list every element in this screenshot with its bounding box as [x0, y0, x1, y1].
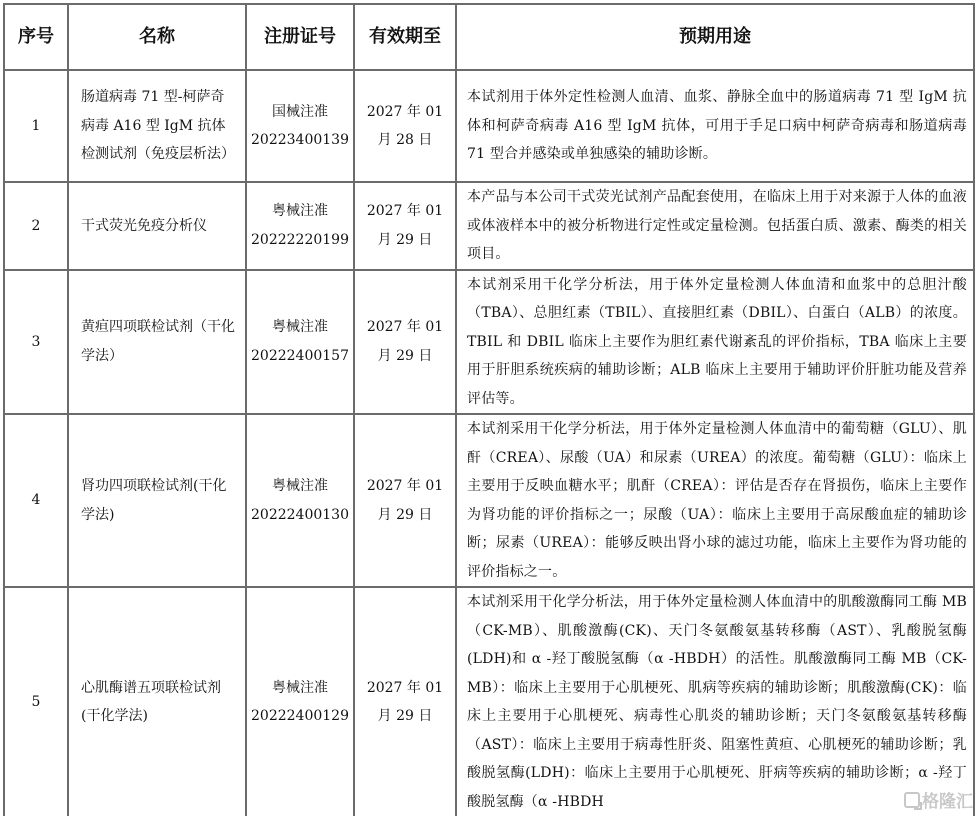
cell-no: 2: [4, 182, 68, 270]
intended-use-text: 本试剂采用干化学分析法，用于体外定量检测人体血清中的葡萄糖（GLU）、肌酐（CR…: [457, 415, 973, 586]
cell-valid-until: 2027 年 01月 29 日: [354, 270, 456, 415]
product-name: 肠道病毒 71 型-柯萨奇病毒 A16 型 IgM 抗体检测试剂（免疫层析法）: [69, 83, 245, 169]
cell-no: 4: [4, 414, 68, 587]
cell-name: 肾功四项联检试剂(干化学法): [68, 414, 246, 587]
watermark-text: 格隆汇: [922, 787, 973, 812]
reg-number: 20223400139: [251, 126, 349, 155]
cell-name: 肠道病毒 71 型-柯萨奇病毒 A16 型 IgM 抗体检测试剂（免疫层析法）: [68, 70, 246, 182]
reg-number: 20222400157: [251, 342, 349, 371]
reg-prefix: 粤械注准: [251, 197, 349, 226]
product-name: 心肌酶谱五项联检试剂(干化学法): [69, 674, 245, 731]
cell-name: 心肌酶谱五项联检试剂(干化学法): [68, 587, 246, 816]
product-name: 黄疸四项联检试剂（干化学法）: [69, 313, 245, 370]
valid-line1: 2027 年 01: [359, 197, 451, 226]
table-row: 2 干式荧光免疫分析仪 粤械注准20222220199 2027 年 01月 2…: [4, 182, 974, 270]
header-valid-until: 有效期至: [354, 4, 456, 70]
valid-line2: 月 29 日: [359, 501, 451, 530]
valid-line1: 2027 年 01: [359, 98, 451, 127]
intended-use-text: 本试剂采用干化学分析法，用于体外定量检测人体血清中的肌酸激酶同工酶 MB（CK-…: [457, 588, 973, 816]
reg-prefix: 粤械注准: [251, 313, 349, 342]
table-row: 4 肾功四项联检试剂(干化学法) 粤械注准20222400130 2027 年 …: [4, 414, 974, 587]
valid-line2: 月 28 日: [359, 126, 451, 155]
product-name: 肾功四项联检试剂(干化学法): [69, 472, 245, 529]
cell-reg-no: 粤械注准20222400130: [246, 414, 354, 587]
cell-reg-no: 粤械注准20222400157: [246, 270, 354, 415]
header-no: 序号: [4, 4, 68, 70]
cell-intended-use: 本试剂采用干化学分析法，用于体外定量检测人体血清中的肌酸激酶同工酶 MB（CK-…: [456, 587, 974, 816]
cell-intended-use: 本试剂采用干化学分析法，用于体外定量检测人体血清和血浆中的总胆汁酸（TBA）、总…: [456, 270, 974, 415]
cell-no: 3: [4, 270, 68, 415]
header-row: 序号 名称 注册证号 有效期至 预期用途: [4, 4, 974, 70]
valid-line1: 2027 年 01: [359, 674, 451, 703]
intended-use-text: 本试剂用于体外定性检测人血清、血浆、静脉全血中的肠道病毒 71 型 IgM 抗体…: [457, 83, 973, 169]
cell-name: 黄疸四项联检试剂（干化学法）: [68, 270, 246, 415]
valid-line1: 2027 年 01: [359, 313, 451, 342]
intended-use-text: 本产品与本公司干式荧光试剂产品配套使用，在临床上用于对来源于人体的血液或体液样本…: [457, 183, 973, 269]
watermark-logo-icon: [904, 792, 920, 808]
cell-no: 5: [4, 587, 68, 816]
reg-prefix: 粤械注准: [251, 674, 349, 703]
table-row: 5 心肌酶谱五项联检试剂(干化学法) 粤械注准20222400129 2027 …: [4, 587, 974, 816]
cell-name: 干式荧光免疫分析仪: [68, 182, 246, 270]
reg-prefix: 国械注准: [251, 98, 349, 127]
cell-valid-until: 2027 年 01月 28 日: [354, 70, 456, 182]
cell-no: 1: [4, 70, 68, 182]
header-reg-no: 注册证号: [246, 4, 354, 70]
cell-intended-use: 本试剂用于体外定性检测人血清、血浆、静脉全血中的肠道病毒 71 型 IgM 抗体…: [456, 70, 974, 182]
valid-line2: 月 29 日: [359, 342, 451, 371]
watermark: 格隆汇: [904, 787, 973, 812]
reg-number: 20222400129: [251, 702, 349, 731]
valid-line2: 月 29 日: [359, 702, 451, 731]
reg-number: 20222220199: [251, 226, 349, 255]
table-row: 3 黄疸四项联检试剂（干化学法） 粤械注准20222400157 2027 年 …: [4, 270, 974, 415]
product-name: 干式荧光免疫分析仪: [69, 212, 245, 241]
intended-use-text: 本试剂采用干化学分析法，用于体外定量检测人体血清和血浆中的总胆汁酸（TBA）、总…: [457, 271, 973, 414]
cell-intended-use: 本产品与本公司干式荧光试剂产品配套使用，在临床上用于对来源于人体的血液或体液样本…: [456, 182, 974, 270]
cell-reg-no: 粤械注准20222400129: [246, 587, 354, 816]
registration-table: 序号 名称 注册证号 有效期至 预期用途 1 肠道病毒 71 型-柯萨奇病毒 A…: [3, 3, 975, 816]
cell-valid-until: 2027 年 01月 29 日: [354, 182, 456, 270]
header-name: 名称: [68, 4, 246, 70]
valid-line1: 2027 年 01: [359, 472, 451, 501]
reg-prefix: 粤械注准: [251, 472, 349, 501]
table-row: 1 肠道病毒 71 型-柯萨奇病毒 A16 型 IgM 抗体检测试剂（免疫层析法…: [4, 70, 974, 182]
cell-intended-use: 本试剂采用干化学分析法，用于体外定量检测人体血清中的葡萄糖（GLU）、肌酐（CR…: [456, 414, 974, 587]
cell-reg-no: 粤械注准20222220199: [246, 182, 354, 270]
cell-valid-until: 2027 年 01月 29 日: [354, 587, 456, 816]
header-intended-use: 预期用途: [456, 4, 974, 70]
cell-reg-no: 国械注准20223400139: [246, 70, 354, 182]
valid-line2: 月 29 日: [359, 226, 451, 255]
cell-valid-until: 2027 年 01月 29 日: [354, 414, 456, 587]
reg-number: 20222400130: [251, 501, 349, 530]
